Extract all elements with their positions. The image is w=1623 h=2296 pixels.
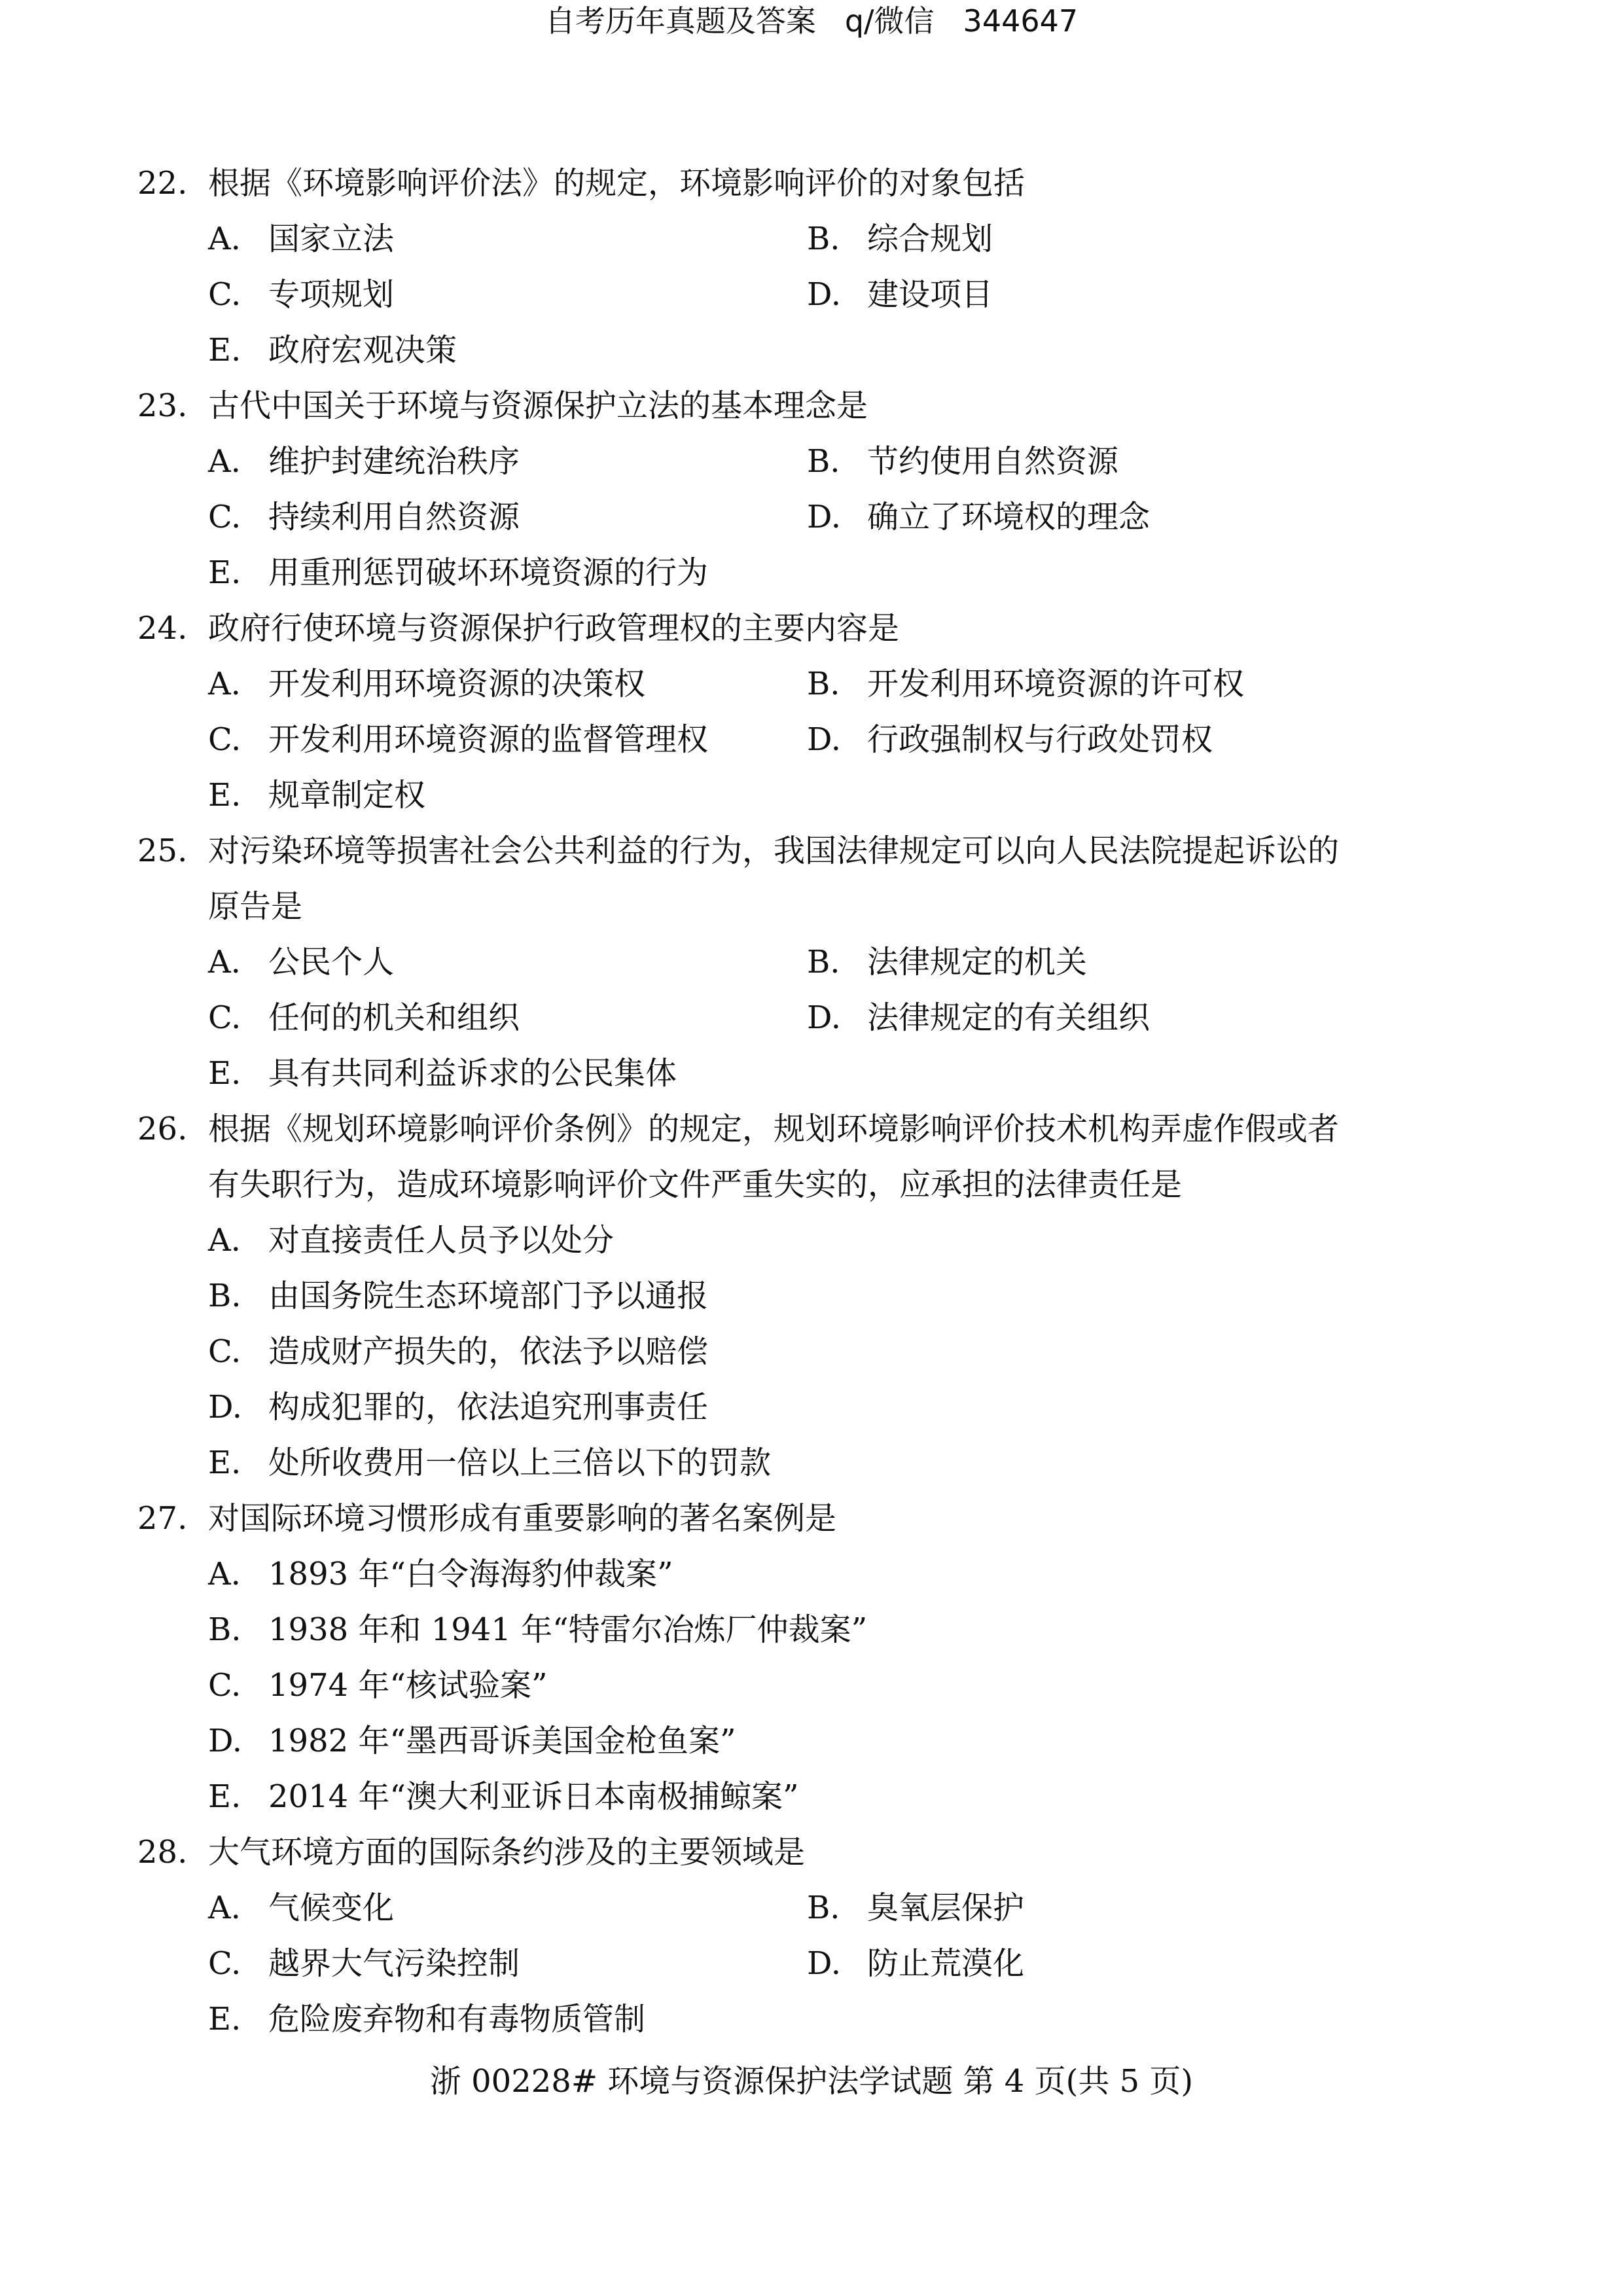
- question-stem: 23.古代中国关于环境与资源保护立法的基本理念是: [137, 378, 1486, 434]
- question-text: 根据《规划环境影响评价条例》的规定，规划环境影响评价技术机构弄虚作假或者: [208, 1111, 1339, 1147]
- option-text: 公民个人: [268, 935, 394, 990]
- option-label: D.: [807, 1936, 867, 1992]
- option-text: 用重刑惩罚破坏环境资源的行为: [268, 545, 708, 601]
- option-e: E.处所收费用一倍以上三倍以下的罚款: [208, 1435, 771, 1491]
- question-stem: 27.对国际环境习惯形成有重要影响的著名案例是: [137, 1491, 1486, 1547]
- option-e: E.政府宏观决策: [208, 323, 807, 378]
- option-row: C.持续利用自然资源D.确立了环境权的理念: [208, 490, 1486, 545]
- option-a: A.对直接责任人员予以处分: [208, 1213, 614, 1268]
- page-footer: 浙 00228# 环境与资源保护法学试题 第 4 页(共 5 页): [0, 2062, 1623, 2101]
- question-stem: 28.大气环境方面的国际条约涉及的主要领域是: [137, 1825, 1486, 1880]
- option-label: B.: [208, 1268, 268, 1324]
- question-number: 24.: [137, 601, 187, 656]
- option-d: D.建设项目: [807, 267, 1406, 323]
- option-text: 处所收费用一倍以上三倍以下的罚款: [268, 1435, 771, 1491]
- option-row: E.危险废弃物和有毒物质管制: [208, 1992, 1486, 2047]
- option-c: C.任何的机关和组织: [208, 990, 807, 1046]
- option-text: 气候变化: [268, 1880, 394, 1936]
- option-label: A.: [208, 935, 268, 990]
- option-label: E.: [208, 1992, 268, 2047]
- option-d: D.构成犯罪的，依法追究刑事责任: [208, 1380, 708, 1435]
- question-text: 有失职行为，造成环境影响评价文件严重失实的，应承担的法律责任是: [208, 1166, 1182, 1203]
- option-text: 行政强制权与行政处罚权: [867, 712, 1213, 768]
- option-text: 1893 年“白令海海豹仲裁案”: [268, 1547, 673, 1602]
- option-c: C.越界大气污染控制: [208, 1936, 807, 1992]
- option-label: A.: [208, 1880, 268, 1936]
- option-c: C.造成财产损失的，依法予以赔偿: [208, 1324, 708, 1380]
- option-b: B.法律规定的机关: [807, 935, 1406, 990]
- option-label: C.: [208, 490, 268, 545]
- option-d: D.防止荒漠化: [807, 1936, 1406, 1992]
- option-row: E.2014 年“澳大利亚诉日本南极捕鲸案”: [208, 1769, 1486, 1825]
- option-label: B.: [807, 434, 867, 490]
- option-d: D.1982 年“墨西哥诉美国金枪鱼案”: [208, 1713, 736, 1769]
- option-row: E.政府宏观决策: [208, 323, 1486, 378]
- option-label: E.: [208, 323, 268, 378]
- option-text: 造成财产损失的，依法予以赔偿: [268, 1324, 708, 1380]
- question-23: 23.古代中国关于环境与资源保护立法的基本理念是A.维护封建统治秩序B.节约使用…: [137, 378, 1486, 601]
- option-row: A.维护封建统治秩序B.节约使用自然资源: [208, 434, 1486, 490]
- option-label: C.: [208, 1936, 268, 1992]
- option-text: 由国务院生态环境部门予以通报: [268, 1268, 708, 1324]
- option-text: 1982 年“墨西哥诉美国金枪鱼案”: [268, 1713, 736, 1769]
- option-row: B.由国务院生态环境部门予以通报: [208, 1268, 1486, 1324]
- option-row: E.处所收费用一倍以上三倍以下的罚款: [208, 1435, 1486, 1491]
- option-label: C.: [208, 267, 268, 323]
- option-label: A.: [208, 1547, 268, 1602]
- question-text: 对污染环境等损害社会公共利益的行为，我国法律规定可以向人民法院提起诉讼的: [208, 833, 1339, 869]
- option-row: C.越界大气污染控制D.防止荒漠化: [208, 1936, 1486, 1992]
- option-text: 节约使用自然资源: [867, 434, 1118, 490]
- option-row: C.1974 年“核试验案”: [208, 1658, 1486, 1713]
- option-label: C.: [208, 1324, 268, 1380]
- option-text: 法律规定的有关组织: [867, 990, 1150, 1046]
- option-list: A.气候变化B.臭氧层保护C.越界大气污染控制D.防止荒漠化E.危险废弃物和有毒…: [137, 1880, 1486, 2047]
- option-row: B.1938 年和 1941 年“特雷尔冶炼厂仲裁案”: [208, 1602, 1486, 1658]
- option-label: B.: [807, 211, 867, 267]
- option-row: E.规章制定权: [208, 768, 1486, 823]
- option-row: E.用重刑惩罚破坏环境资源的行为: [208, 545, 1486, 601]
- option-text: 法律规定的机关: [867, 935, 1087, 990]
- option-label: E.: [208, 1769, 268, 1825]
- option-row: C.专项规划D.建设项目: [208, 267, 1486, 323]
- question-number: 28.: [137, 1825, 187, 1880]
- option-row: D.1982 年“墨西哥诉美国金枪鱼案”: [208, 1713, 1486, 1769]
- option-e: E.危险废弃物和有毒物质管制: [208, 1992, 807, 2047]
- question-number: 25.: [137, 823, 187, 879]
- option-text: 开发利用环境资源的监督管理权: [268, 712, 708, 768]
- option-d: D.确立了环境权的理念: [807, 490, 1406, 545]
- option-b: B.臭氧层保护: [807, 1880, 1406, 1936]
- question-stem: 26.根据《规划环境影响评价条例》的规定，规划环境影响评价技术机构弄虚作假或者: [137, 1102, 1486, 1157]
- option-d: D.行政强制权与行政处罚权: [807, 712, 1406, 768]
- option-text: 越界大气污染控制: [268, 1936, 520, 1992]
- option-text: 确立了环境权的理念: [867, 490, 1150, 545]
- option-text: 危险废弃物和有毒物质管制: [268, 1992, 645, 2047]
- option-text: 1974 年“核试验案”: [268, 1658, 548, 1713]
- option-row: D.构成犯罪的，依法追究刑事责任: [208, 1380, 1486, 1435]
- question-text: 古代中国关于环境与资源保护立法的基本理念是: [208, 387, 868, 424]
- option-row: A.公民个人B.法律规定的机关: [208, 935, 1486, 990]
- question-number: 22.: [137, 156, 187, 211]
- option-text: 2014 年“澳大利亚诉日本南极捕鲸案”: [268, 1769, 799, 1825]
- option-text: 专项规划: [268, 267, 394, 323]
- header-title: 自考历年真题及答案: [545, 3, 816, 39]
- option-list: A.对直接责任人员予以处分B.由国务院生态环境部门予以通报C.造成财产损失的，依…: [137, 1213, 1486, 1491]
- option-text: 开发利用环境资源的决策权: [268, 656, 645, 712]
- option-label: B.: [807, 656, 867, 712]
- option-a: A.开发利用环境资源的决策权: [208, 656, 807, 712]
- question-26: 26.根据《规划环境影响评价条例》的规定，规划环境影响评价技术机构弄虚作假或者有…: [137, 1102, 1486, 1491]
- question-list: 22.根据《环境影响评价法》的规定，环境影响评价的对象包括A.国家立法B.综合规…: [137, 156, 1486, 2047]
- option-b: B.开发利用环境资源的许可权: [807, 656, 1406, 712]
- option-list: A.维护封建统治秩序B.节约使用自然资源C.持续利用自然资源D.确立了环境权的理…: [137, 434, 1486, 601]
- question-number: 23.: [137, 378, 187, 434]
- option-b: B.1938 年和 1941 年“特雷尔冶炼厂仲裁案”: [208, 1602, 867, 1658]
- question-stem: 25.对污染环境等损害社会公共利益的行为，我国法律规定可以向人民法院提起诉讼的: [137, 823, 1486, 879]
- option-b: B.节约使用自然资源: [807, 434, 1406, 490]
- option-text: 具有共同利益诉求的公民集体: [268, 1046, 677, 1102]
- option-text: 国家立法: [268, 211, 394, 267]
- question-28: 28.大气环境方面的国际条约涉及的主要领域是A.气候变化B.臭氧层保护C.越界大…: [137, 1825, 1486, 2047]
- option-row: E.具有共同利益诉求的公民集体: [208, 1046, 1486, 1102]
- option-c: C.专项规划: [208, 267, 807, 323]
- option-row: A.国家立法B.综合规划: [208, 211, 1486, 267]
- option-label: A.: [208, 211, 268, 267]
- question-stem: 22.根据《环境影响评价法》的规定，环境影响评价的对象包括: [137, 156, 1486, 211]
- question-25: 25.对污染环境等损害社会公共利益的行为，我国法律规定可以向人民法院提起诉讼的原…: [137, 823, 1486, 1102]
- question-stem: 原告是: [137, 879, 1486, 935]
- option-label: A.: [208, 1213, 268, 1268]
- page-header: 自考历年真题及答案q/微信344647: [0, 1, 1623, 41]
- question-24: 24.政府行使环境与资源保护行政管理权的主要内容是A.开发利用环境资源的决策权B…: [137, 601, 1486, 823]
- option-e: E.规章制定权: [208, 768, 807, 823]
- option-text: 对直接责任人员予以处分: [268, 1213, 614, 1268]
- question-text: 大气环境方面的国际条约涉及的主要领域是: [208, 1834, 805, 1871]
- option-row: A.对直接责任人员予以处分: [208, 1213, 1486, 1268]
- option-e: E.具有共同利益诉求的公民集体: [208, 1046, 807, 1102]
- option-text: 规章制定权: [268, 768, 425, 823]
- option-label: D.: [807, 990, 867, 1046]
- option-d: D.法律规定的有关组织: [807, 990, 1406, 1046]
- option-label: E.: [208, 768, 268, 823]
- option-row: C.造成财产损失的，依法予以赔偿: [208, 1324, 1486, 1380]
- option-label: D.: [807, 490, 867, 545]
- option-label: C.: [208, 712, 268, 768]
- header-number: 344647: [963, 3, 1079, 39]
- option-label: E.: [208, 1435, 268, 1491]
- option-label: C.: [208, 1658, 268, 1713]
- question-27: 27.对国际环境习惯形成有重要影响的著名案例是A.1893 年“白令海海豹仲裁案…: [137, 1491, 1486, 1825]
- option-a: A.1893 年“白令海海豹仲裁案”: [208, 1547, 673, 1602]
- question-22: 22.根据《环境影响评价法》的规定，环境影响评价的对象包括A.国家立法B.综合规…: [137, 156, 1486, 378]
- question-text: 对国际环境习惯形成有重要影响的著名案例是: [208, 1500, 836, 1537]
- option-row: A.气候变化B.臭氧层保护: [208, 1880, 1486, 1936]
- option-label: D.: [208, 1380, 268, 1435]
- option-text: 构成犯罪的，依法追究刑事责任: [268, 1380, 708, 1435]
- option-e: E.用重刑惩罚破坏环境资源的行为: [208, 545, 807, 601]
- option-c: C.开发利用环境资源的监督管理权: [208, 712, 807, 768]
- question-stem: 24.政府行使环境与资源保护行政管理权的主要内容是: [137, 601, 1486, 656]
- option-text: 臭氧层保护: [867, 1880, 1024, 1936]
- option-text: 防止荒漠化: [867, 1936, 1024, 1992]
- option-label: D.: [208, 1713, 268, 1769]
- option-list: A.开发利用环境资源的决策权B.开发利用环境资源的许可权C.开发利用环境资源的监…: [137, 656, 1486, 823]
- question-text: 政府行使环境与资源保护行政管理权的主要内容是: [208, 610, 899, 647]
- option-row: A.开发利用环境资源的决策权B.开发利用环境资源的许可权: [208, 656, 1486, 712]
- option-label: C.: [208, 990, 268, 1046]
- option-text: 1938 年和 1941 年“特雷尔冶炼厂仲裁案”: [268, 1602, 867, 1658]
- option-list: A.公民个人B.法律规定的机关C.任何的机关和组织D.法律规定的有关组织E.具有…: [137, 935, 1486, 1102]
- option-text: 综合规划: [867, 211, 993, 267]
- option-text: 建设项目: [867, 267, 993, 323]
- option-label: A.: [208, 656, 268, 712]
- option-label: D.: [807, 267, 867, 323]
- question-text: 原告是: [208, 888, 302, 925]
- option-label: E.: [208, 1046, 268, 1102]
- question-number: 26.: [137, 1102, 187, 1157]
- option-label: B.: [807, 1880, 867, 1936]
- option-label: B.: [208, 1602, 268, 1658]
- option-a: A.维护封建统治秩序: [208, 434, 807, 490]
- option-label: E.: [208, 545, 268, 601]
- option-text: 开发利用环境资源的许可权: [867, 656, 1244, 712]
- header-contact: q/微信: [845, 3, 935, 39]
- option-row: A.1893 年“白令海海豹仲裁案”: [208, 1547, 1486, 1602]
- option-row: C.开发利用环境资源的监督管理权D.行政强制权与行政处罚权: [208, 712, 1486, 768]
- question-text: 根据《环境影响评价法》的规定，环境影响评价的对象包括: [208, 165, 1025, 202]
- option-b: B.综合规划: [807, 211, 1406, 267]
- option-label: A.: [208, 434, 268, 490]
- option-text: 维护封建统治秩序: [268, 434, 520, 490]
- option-list: A.国家立法B.综合规划C.专项规划D.建设项目E.政府宏观决策: [137, 211, 1486, 378]
- option-e: E.2014 年“澳大利亚诉日本南极捕鲸案”: [208, 1769, 799, 1825]
- option-text: 持续利用自然资源: [268, 490, 520, 545]
- question-number: 27.: [137, 1491, 187, 1547]
- option-c: C.持续利用自然资源: [208, 490, 807, 545]
- option-c: C.1974 年“核试验案”: [208, 1658, 548, 1713]
- option-a: A.气候变化: [208, 1880, 807, 1936]
- option-label: D.: [807, 712, 867, 768]
- option-b: B.由国务院生态环境部门予以通报: [208, 1268, 708, 1324]
- option-a: A.国家立法: [208, 211, 807, 267]
- option-text: 政府宏观决策: [268, 323, 457, 378]
- option-row: C.任何的机关和组织D.法律规定的有关组织: [208, 990, 1486, 1046]
- option-label: B.: [807, 935, 867, 990]
- option-list: A.1893 年“白令海海豹仲裁案”B.1938 年和 1941 年“特雷尔冶炼…: [137, 1547, 1486, 1825]
- question-stem: 有失职行为，造成环境影响评价文件严重失实的，应承担的法律责任是: [137, 1157, 1486, 1213]
- option-text: 任何的机关和组织: [268, 990, 520, 1046]
- option-a: A.公民个人: [208, 935, 807, 990]
